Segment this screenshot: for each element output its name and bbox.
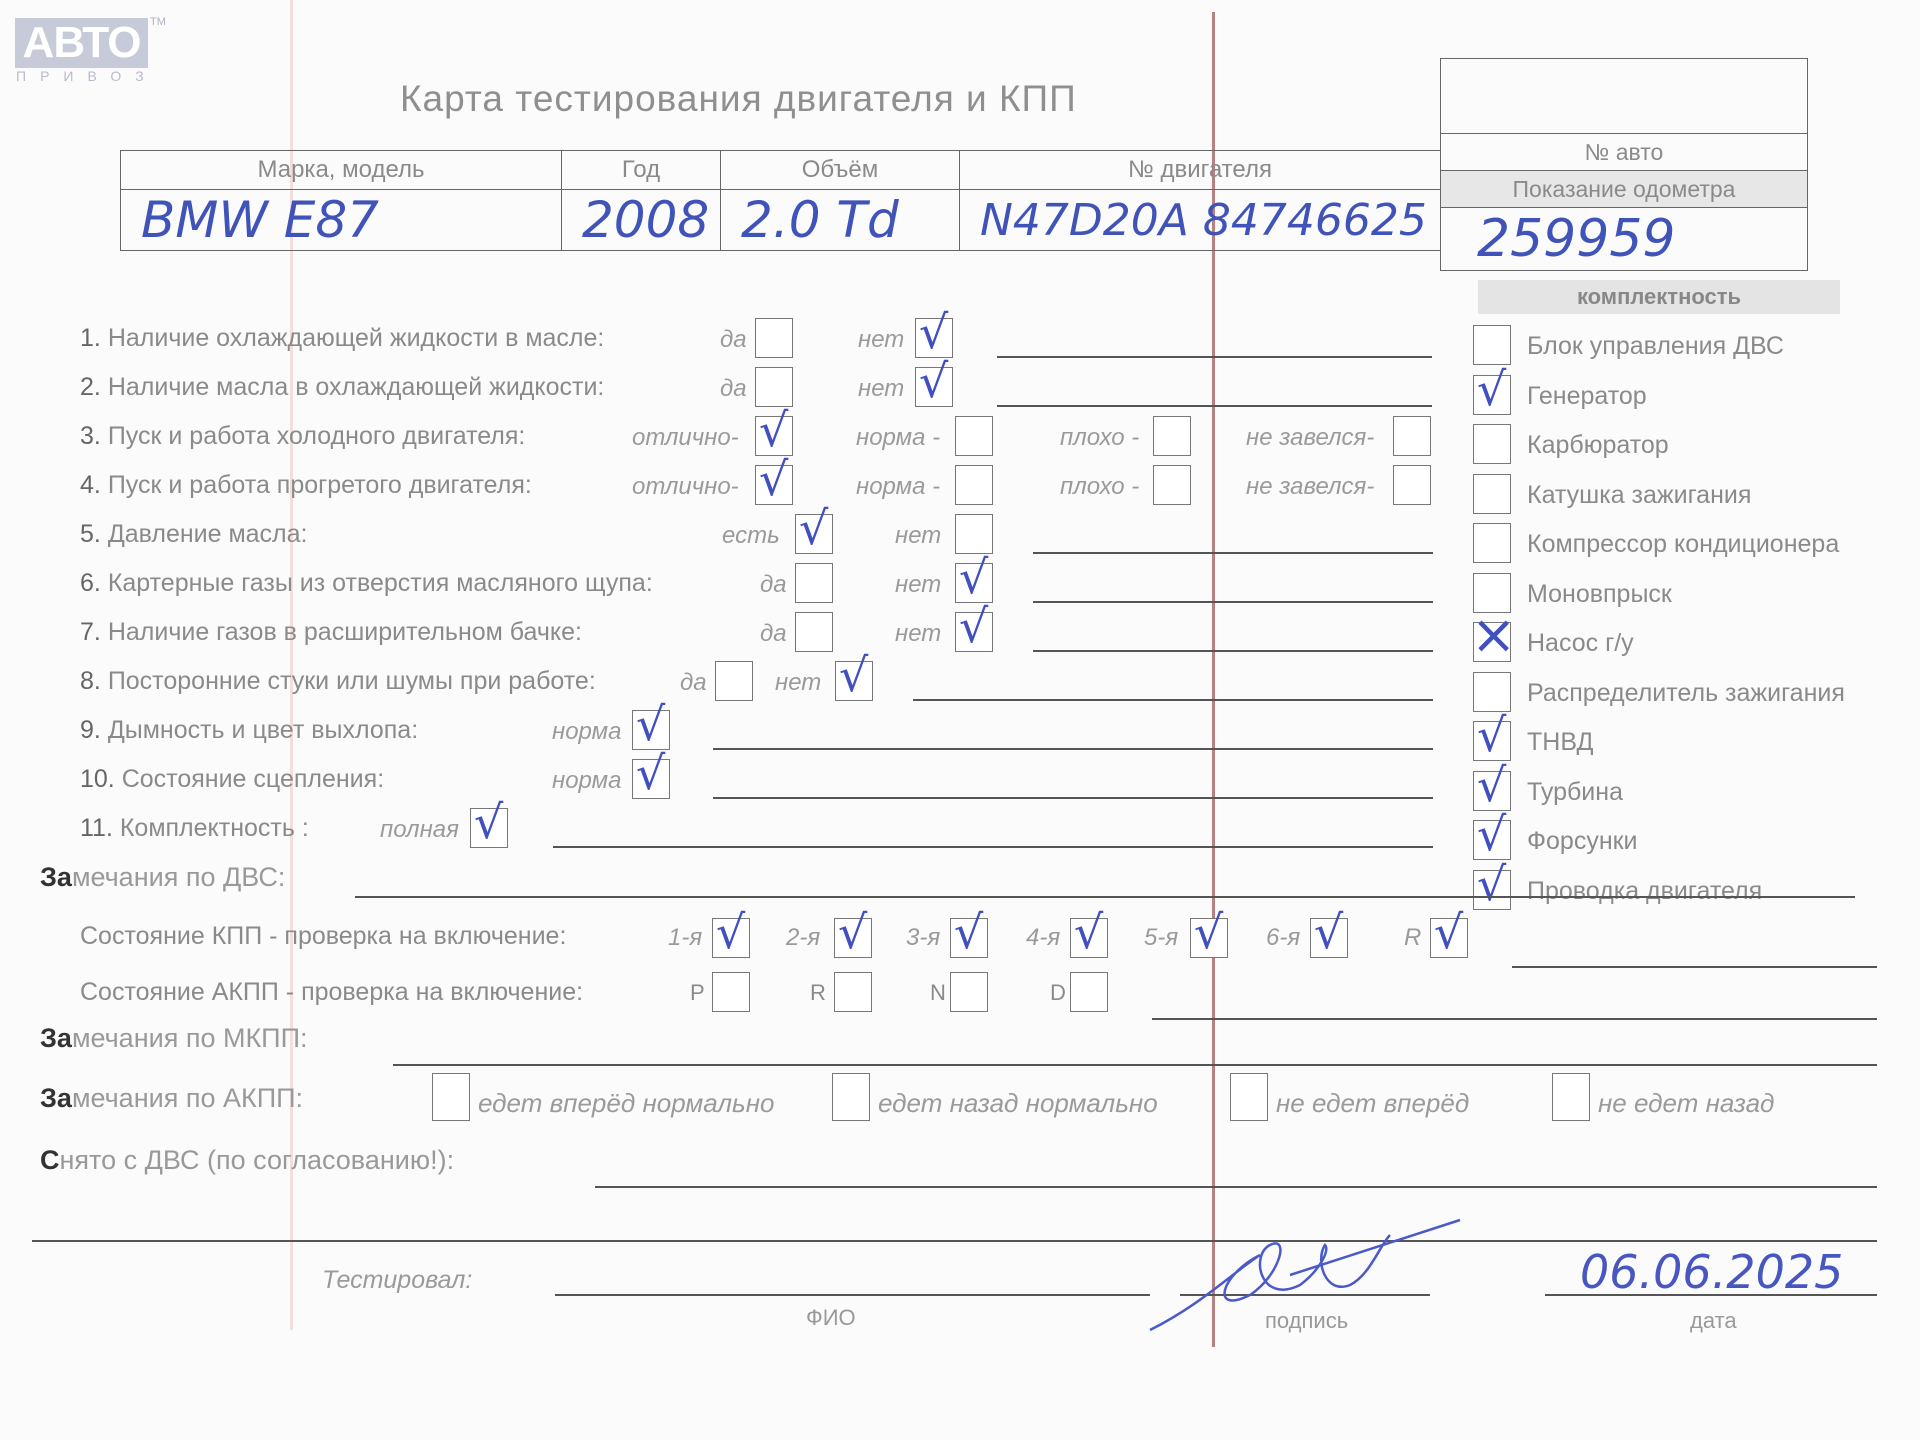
auto-remark-label: едет назад нормально [878, 1088, 1158, 1119]
option-label: да [760, 620, 787, 648]
check-label: Дымность и цвет выхлопа: [108, 716, 418, 744]
tested-by-label: Тестировал: [322, 1266, 472, 1295]
check-item-10: 10. Состояние сцепления: [80, 765, 384, 794]
odometer-field[interactable]: 259959 [1441, 208, 1807, 270]
option-label: нет [895, 620, 941, 648]
make-model-field[interactable]: BMW E87 [121, 190, 562, 251]
completeness-checkbox[interactable] [1473, 870, 1511, 910]
option-checkbox[interactable] [755, 367, 793, 407]
gear-checkbox[interactable] [1190, 918, 1228, 958]
check-number: 5. [80, 520, 101, 548]
gear-checkbox[interactable] [1310, 918, 1348, 958]
gear-checkbox[interactable] [1070, 918, 1108, 958]
check-number: 7. [80, 618, 101, 646]
position-checkbox[interactable] [950, 972, 988, 1012]
gear-checkbox[interactable] [834, 918, 872, 958]
check-note-field[interactable] [997, 405, 1432, 407]
gear-label: 3-я [906, 924, 940, 952]
option-checkbox[interactable] [715, 661, 753, 701]
completeness-checkbox[interactable] [1473, 721, 1511, 761]
option-label: норма - [856, 473, 940, 501]
position-checkbox[interactable] [712, 972, 750, 1012]
auto-gearbox-note-field[interactable] [1152, 1018, 1877, 1020]
divider [32, 1240, 1877, 1242]
check-label: Давление масла: [108, 520, 308, 548]
option-label: плохо - [1060, 424, 1139, 452]
auto-remark-label: не едет вперёд [1276, 1088, 1469, 1119]
auto-remark-checkbox[interactable] [1552, 1073, 1590, 1121]
col-year: Год [562, 151, 721, 190]
check-item-3: 3. Пуск и работа холодного двигателя: [80, 422, 525, 451]
option-checkbox[interactable] [955, 465, 993, 505]
stamp-area [1441, 59, 1807, 134]
auto-remark-label: едет вперёд нормально [478, 1088, 774, 1119]
option-label: полная [380, 816, 459, 844]
position-label: D [1050, 980, 1066, 1006]
vehicle-header-table: Марка, модель Год Объём № двигателя BMW … [120, 150, 1441, 251]
check-number: 9. [80, 716, 101, 744]
fio-caption: ФИО [806, 1305, 856, 1331]
completeness-item-label: Генератор [1527, 382, 1647, 411]
manual-gearbox-note-field[interactable] [1512, 966, 1877, 968]
remarks-engine-label: Замечания по ДВС: [40, 862, 285, 893]
option-checkbox[interactable] [1153, 416, 1191, 456]
option-label: да [720, 326, 747, 354]
completeness-checkbox[interactable] [1473, 424, 1511, 464]
position-checkbox[interactable] [1070, 972, 1108, 1012]
completeness-item-label: Распределитель зажигания [1527, 679, 1845, 708]
manual-gearbox-label: Состояние КПП - проверка на включение: [80, 922, 566, 951]
check-note-field[interactable] [713, 748, 1433, 750]
option-checkbox[interactable] [755, 416, 793, 456]
remarks-manual-label: Замечания по МКПП: [40, 1023, 308, 1054]
completeness-checkbox[interactable] [1473, 375, 1511, 415]
check-item-8: 8. Посторонние стуки или шумы при работе… [80, 667, 596, 696]
gear-label: 1-я [668, 924, 702, 952]
option-checkbox[interactable] [795, 514, 833, 554]
check-label: Пуск и работа холодного двигателя: [108, 422, 526, 450]
gear-label: 6-я [1266, 924, 1300, 952]
check-note-field[interactable] [997, 356, 1432, 358]
check-label: Пуск и работа прогретого двигателя: [108, 471, 532, 499]
completeness-item-label: Проводка двигателя [1527, 877, 1762, 906]
option-label: отлично- [632, 424, 739, 452]
completeness-item-label: Насос г/у [1527, 629, 1634, 658]
check-item-11: 11. Комплектность : [80, 814, 309, 843]
check-item-2: 2. Наличие масла в охлаждающей жидкости: [80, 373, 604, 402]
option-checkbox[interactable] [632, 759, 670, 799]
option-checkbox[interactable] [795, 612, 833, 652]
fio-field[interactable] [555, 1294, 1150, 1296]
gear-label: 5-я [1144, 924, 1178, 952]
position-label: P [690, 980, 705, 1006]
check-number: 11. [80, 814, 113, 842]
option-label: нет [858, 326, 904, 354]
car-no-label: № авто [1441, 134, 1807, 171]
completeness-item-label: Блок управления ДВС [1527, 332, 1784, 361]
option-checkbox[interactable] [915, 318, 953, 358]
gear-checkbox[interactable] [712, 918, 750, 958]
year-field[interactable]: 2008 [562, 190, 721, 251]
option-label: да [720, 375, 747, 403]
auto-remark-checkbox[interactable] [432, 1073, 470, 1121]
gear-label: 2-я [786, 924, 820, 952]
option-label: нет [775, 669, 821, 697]
logo-trademark: ТМ [150, 16, 166, 28]
option-checkbox[interactable] [755, 465, 793, 505]
option-checkbox[interactable] [955, 416, 993, 456]
check-label: Картерные газы из отверстия масляного щу… [108, 569, 653, 597]
option-label: не завелся- [1246, 424, 1374, 452]
option-checkbox[interactable] [795, 563, 833, 603]
auto-gearbox-label: Состояние АКПП - проверка на включение: [80, 978, 583, 1007]
completeness-checkbox[interactable] [1473, 474, 1511, 514]
option-label: норма [552, 767, 621, 795]
completeness-checkbox[interactable] [1473, 325, 1511, 365]
completeness-item-label: Моновпрыск [1527, 580, 1672, 609]
check-note-field[interactable] [913, 699, 1433, 701]
option-checkbox[interactable] [755, 318, 793, 358]
completeness-checkbox[interactable] [1473, 771, 1511, 811]
option-label: нет [895, 571, 941, 599]
completeness-checkbox[interactable] [1473, 820, 1511, 860]
check-item-6: 6. Картерные газы из отверстия масляного… [80, 569, 653, 598]
check-label: Посторонние стуки или шумы при работе: [108, 667, 596, 695]
option-label: плохо - [1060, 473, 1139, 501]
check-item-1: 1. Наличие охлаждающей жидкости в масле: [80, 324, 604, 353]
completeness-checkbox[interactable] [1473, 622, 1511, 662]
option-label: нет [895, 522, 941, 550]
option-label: да [760, 571, 787, 599]
check-label: Состояние сцепления: [122, 765, 384, 793]
volume-field[interactable]: 2.0 Td [721, 190, 960, 251]
remarks-engine-field[interactable] [355, 896, 1855, 898]
gear-label: R [1404, 924, 1421, 952]
engine-no-field[interactable]: N47D20A 84746625 [960, 190, 1441, 251]
option-checkbox[interactable] [1153, 465, 1191, 505]
position-checkbox[interactable] [834, 972, 872, 1012]
option-checkbox[interactable] [915, 367, 953, 407]
remarks-manual-field[interactable] [393, 1064, 1877, 1066]
check-note-field[interactable] [1033, 552, 1433, 554]
option-label: отлично- [632, 473, 739, 501]
option-checkbox[interactable] [835, 661, 873, 701]
completeness-checkbox[interactable] [1473, 672, 1511, 712]
option-checkbox[interactable] [632, 710, 670, 750]
check-item-7: 7. Наличие газов в расширительном бачке: [80, 618, 582, 647]
option-label: да [680, 669, 707, 697]
check-number: 4. [80, 471, 101, 499]
option-checkbox[interactable] [1393, 465, 1431, 505]
completeness-item-label: Карбюратор [1527, 431, 1669, 460]
check-item-4: 4. Пуск и работа прогретого двигателя: [80, 471, 532, 500]
check-number: 6. [80, 569, 101, 597]
check-number: 1. [80, 324, 101, 352]
signature-caption: подпись [1265, 1308, 1348, 1334]
check-note-field[interactable] [553, 846, 1433, 848]
odometer-label: Показание одометра [1441, 171, 1807, 208]
completeness-title: комплектность [1478, 280, 1840, 314]
date-caption: дата [1690, 1308, 1737, 1334]
completeness-item-label: Турбина [1527, 778, 1623, 807]
option-checkbox[interactable] [1393, 416, 1431, 456]
position-label: R [810, 980, 826, 1006]
option-checkbox[interactable] [470, 808, 508, 848]
page-title: Карта тестирования двигателя и КПП [400, 78, 1077, 120]
check-number: 3. [80, 422, 101, 450]
completeness-item-label: Форсунки [1527, 827, 1638, 856]
option-label: не завелся- [1246, 473, 1374, 501]
option-label: есть [722, 522, 780, 550]
remarks-auto-label: Замечания по АКПП: [40, 1083, 303, 1114]
check-number: 2. [80, 373, 101, 401]
option-label: норма - [856, 424, 940, 452]
check-item-5: 5. Давление масла: [80, 520, 308, 549]
col-engine-no: № двигателя [960, 151, 1441, 190]
option-checkbox[interactable] [955, 563, 993, 603]
option-checkbox[interactable] [955, 612, 993, 652]
gear-checkbox[interactable] [950, 918, 988, 958]
check-note-field[interactable] [1033, 650, 1433, 652]
option-checkbox[interactable] [955, 514, 993, 554]
check-note-field[interactable] [713, 797, 1433, 799]
removed-label: Снято с ДВС (по согласованию!): [40, 1145, 454, 1176]
completeness-item-label: ТНВД [1527, 728, 1593, 757]
check-item-9: 9. Дымность и цвет выхлопа: [80, 716, 418, 745]
auto-remark-checkbox[interactable] [1230, 1073, 1268, 1121]
completeness-item-label: Катушка зажигания [1527, 481, 1751, 510]
logo: АВТО [15, 18, 148, 68]
date-field[interactable]: 06.06.2025 [1580, 1245, 1843, 1299]
gear-label: 4-я [1026, 924, 1060, 952]
option-label: норма [552, 718, 621, 746]
check-number: 10. [80, 765, 115, 793]
completeness-item-label: Компрессор кондиционера [1527, 530, 1839, 559]
col-volume: Объём [721, 151, 960, 190]
check-note-field[interactable] [1033, 601, 1433, 603]
check-label: Наличие газов в расширительном бачке: [108, 618, 582, 646]
check-number: 8. [80, 667, 101, 695]
removed-field[interactable] [595, 1186, 1877, 1188]
odometer-box: № авто Показание одометра 259959 [1440, 58, 1808, 271]
option-label: нет [858, 375, 904, 403]
col-make-model: Марка, модель [121, 151, 562, 190]
position-label: N [930, 980, 946, 1006]
check-label: Наличие охлаждающей жидкости в масле: [108, 324, 605, 352]
check-label: Наличие масла в охлаждающей жидкости: [108, 373, 605, 401]
check-label: Комплектность : [120, 814, 309, 842]
gear-checkbox[interactable] [1430, 918, 1468, 958]
auto-remark-checkbox[interactable] [832, 1073, 870, 1121]
auto-remark-label: не едет назад [1598, 1088, 1774, 1119]
logo-subtitle: ПРИВОЗ [16, 68, 158, 84]
completeness-checkbox[interactable] [1473, 523, 1511, 563]
